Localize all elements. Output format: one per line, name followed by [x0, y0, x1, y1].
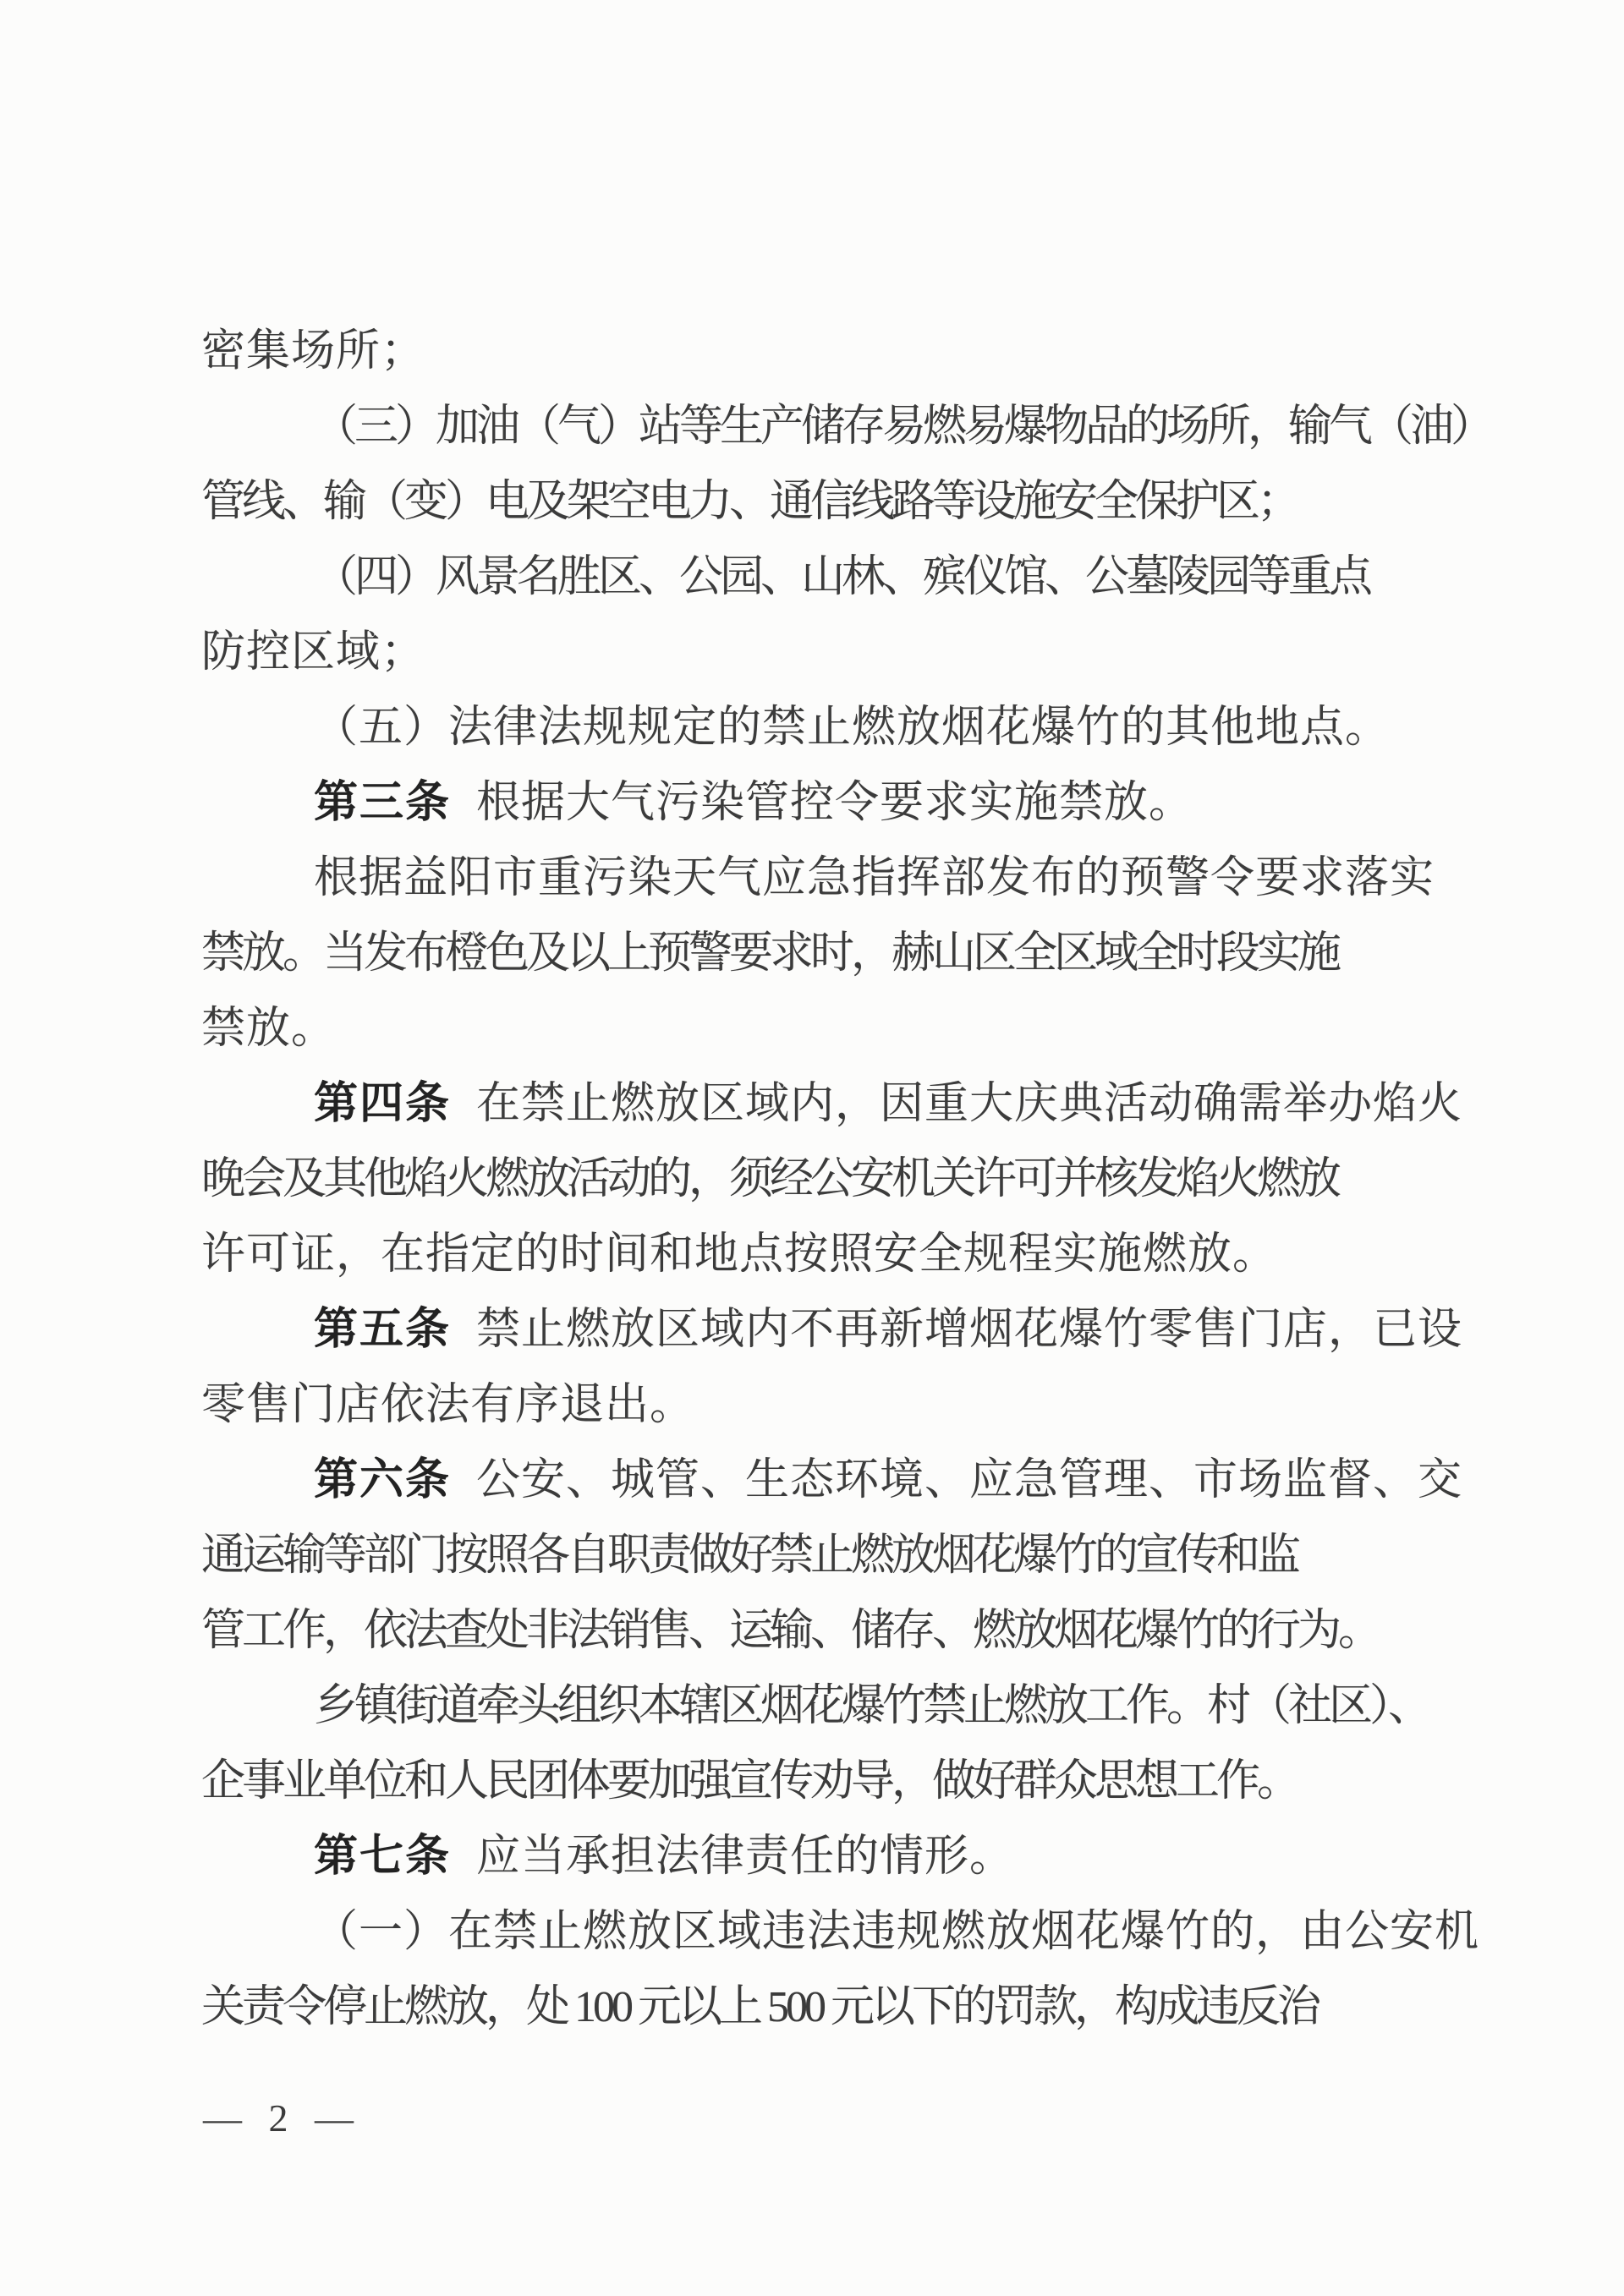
text-line: 第四条在禁止燃放区域内，因重大庆典活动确需举办焰火	[201, 1066, 1429, 1142]
text-line: 第七条应当承担法律责任的情形。	[201, 1819, 1429, 1894]
article-number: 第五条	[314, 1305, 451, 1354]
text-line: （五）法律法规规定的禁止燃放烟花爆竹的其他地点。	[201, 690, 1429, 765]
line-text: 禁放。	[201, 1005, 336, 1053]
text-line: 晚会及其他焰火燃放活动的，须经公安机关许可并核发焰火燃放	[201, 1142, 1429, 1217]
text-line: （一）在禁止燃放区域违法违规燃放烟花爆竹的，由公安机	[201, 1894, 1429, 1970]
text-line: 禁放。当发布橙色及以上预警要求时，赫山区全区域全时段实施	[201, 916, 1429, 991]
line-text: 在禁止燃放区域内，因重大庆典活动确需举办焰火	[476, 1080, 1462, 1128]
line-text: 晚会及其他焰火燃放活动的，须经公安机关许可并核发焰火燃放	[201, 1155, 1338, 1203]
text-line: 管工作，依法查处非法销售、运输、储存、燃放烟花爆竹的行为。	[201, 1593, 1429, 1669]
line-text: 管工作，依法查处非法销售、运输、储存、燃放烟花爆竹的行为。	[201, 1607, 1379, 1655]
line-text: 乡镇街道牵头组织本辖区烟花爆竹禁止燃放工作。村（社区）、	[314, 1682, 1429, 1730]
line-text: （五）法律法规规定的禁止燃放烟花爆竹的其他地点。	[314, 704, 1390, 752]
line-text: 禁止燃放区域内不再新增烟花爆竹零售门店，已设	[476, 1306, 1462, 1354]
line-text: 防控区域；	[201, 628, 425, 677]
text-line: 密集场所；	[201, 314, 1429, 389]
text-line: 根据益阳市重污染天气应急指挥部发布的预警令要求落实	[201, 841, 1429, 916]
article-number: 第三条	[314, 778, 451, 827]
article-number: 第六条	[314, 1455, 451, 1504]
text-line: 零售门店依法有序退出。	[201, 1367, 1429, 1443]
text-line: 第六条公安、城管、生态环境、应急管理、市场监督、交	[201, 1443, 1429, 1518]
document-body: 密集场所；（三）加油（气）站等生产储存易燃易爆物品的场所，输气（油）管线、输（变…	[201, 314, 1429, 2045]
line-text: 零售门店依法有序退出。	[201, 1381, 694, 1429]
text-line: 第五条禁止燃放区域内不再新增烟花爆竹零售门店，已设	[201, 1292, 1429, 1367]
page-number: — 2 —	[203, 2096, 362, 2140]
text-line: 第三条根据大气污染管控令要求实施禁放。	[201, 765, 1429, 841]
line-text: 关责令停止燃放，处 100 元以上 500 元以下的罚款，构成违反治	[201, 1983, 1318, 2031]
line-text: 通运输等部门按照各自职责做好禁止燃放烟花爆竹的宣传和监	[201, 1532, 1298, 1580]
line-text: （一）在禁止燃放区域违法违规燃放烟花爆竹的，由公安机	[314, 1908, 1479, 1956]
line-text: 许可证，在指定的时间和地点按照安全规程实施燃放。	[201, 1230, 1277, 1279]
text-line: （四）风景名胜区、公园、山林、殡仪馆、公墓陵园等重点	[201, 540, 1429, 615]
text-line: 企事业单位和人民团体要加强宣传劝导，做好群众思想工作。	[201, 1744, 1429, 1819]
text-line: 管线、输（变）电及架空电力、通信线路等设施安全保护区；	[201, 464, 1429, 540]
text-line: 禁放。	[201, 991, 1429, 1066]
text-line: 防控区域；	[201, 615, 1429, 690]
line-text: 管线、输（变）电及架空电力、通信线路等设施安全保护区；	[201, 478, 1298, 526]
text-line: 关责令停止燃放，处 100 元以上 500 元以下的罚款，构成违反治	[201, 1970, 1429, 2045]
line-text: 禁放。当发布橙色及以上预警要求时，赫山区全区域全时段实施	[201, 929, 1338, 978]
document-page: 密集场所；（三）加油（气）站等生产储存易燃易爆物品的场所，输气（油）管线、输（变…	[0, 0, 1624, 2296]
line-text: 企事业单位和人民团体要加强宣传劝导，做好群众思想工作。	[201, 1757, 1298, 1806]
line-text: 应当承担法律责任的情形。	[476, 1833, 1014, 1881]
line-text: 公安、城管、生态环境、应急管理、市场监督、交	[476, 1456, 1462, 1504]
line-text: （四）风景名胜区、公园、山林、殡仪馆、公墓陵园等重点	[314, 553, 1369, 601]
line-text: 密集场所；	[201, 327, 425, 375]
text-line: 许可证，在指定的时间和地点按照安全规程实施燃放。	[201, 1217, 1429, 1292]
line-text: 根据益阳市重污染天气应急指挥部发布的预警令要求落实	[314, 854, 1435, 902]
line-text: （三）加油（气）站等生产储存易燃易爆物品的场所，输气（油）	[314, 403, 1491, 451]
text-line: （三）加油（气）站等生产储存易燃易爆物品的场所，输气（油）	[201, 389, 1429, 464]
article-number: 第七条	[314, 1832, 451, 1881]
line-text: 根据大气污染管控令要求实施禁放。	[476, 779, 1193, 827]
article-number: 第四条	[314, 1079, 451, 1128]
text-line: 通运输等部门按照各自职责做好禁止燃放烟花爆竹的宣传和监	[201, 1518, 1429, 1593]
text-line: 乡镇街道牵头组织本辖区烟花爆竹禁止燃放工作。村（社区）、	[201, 1669, 1429, 1744]
